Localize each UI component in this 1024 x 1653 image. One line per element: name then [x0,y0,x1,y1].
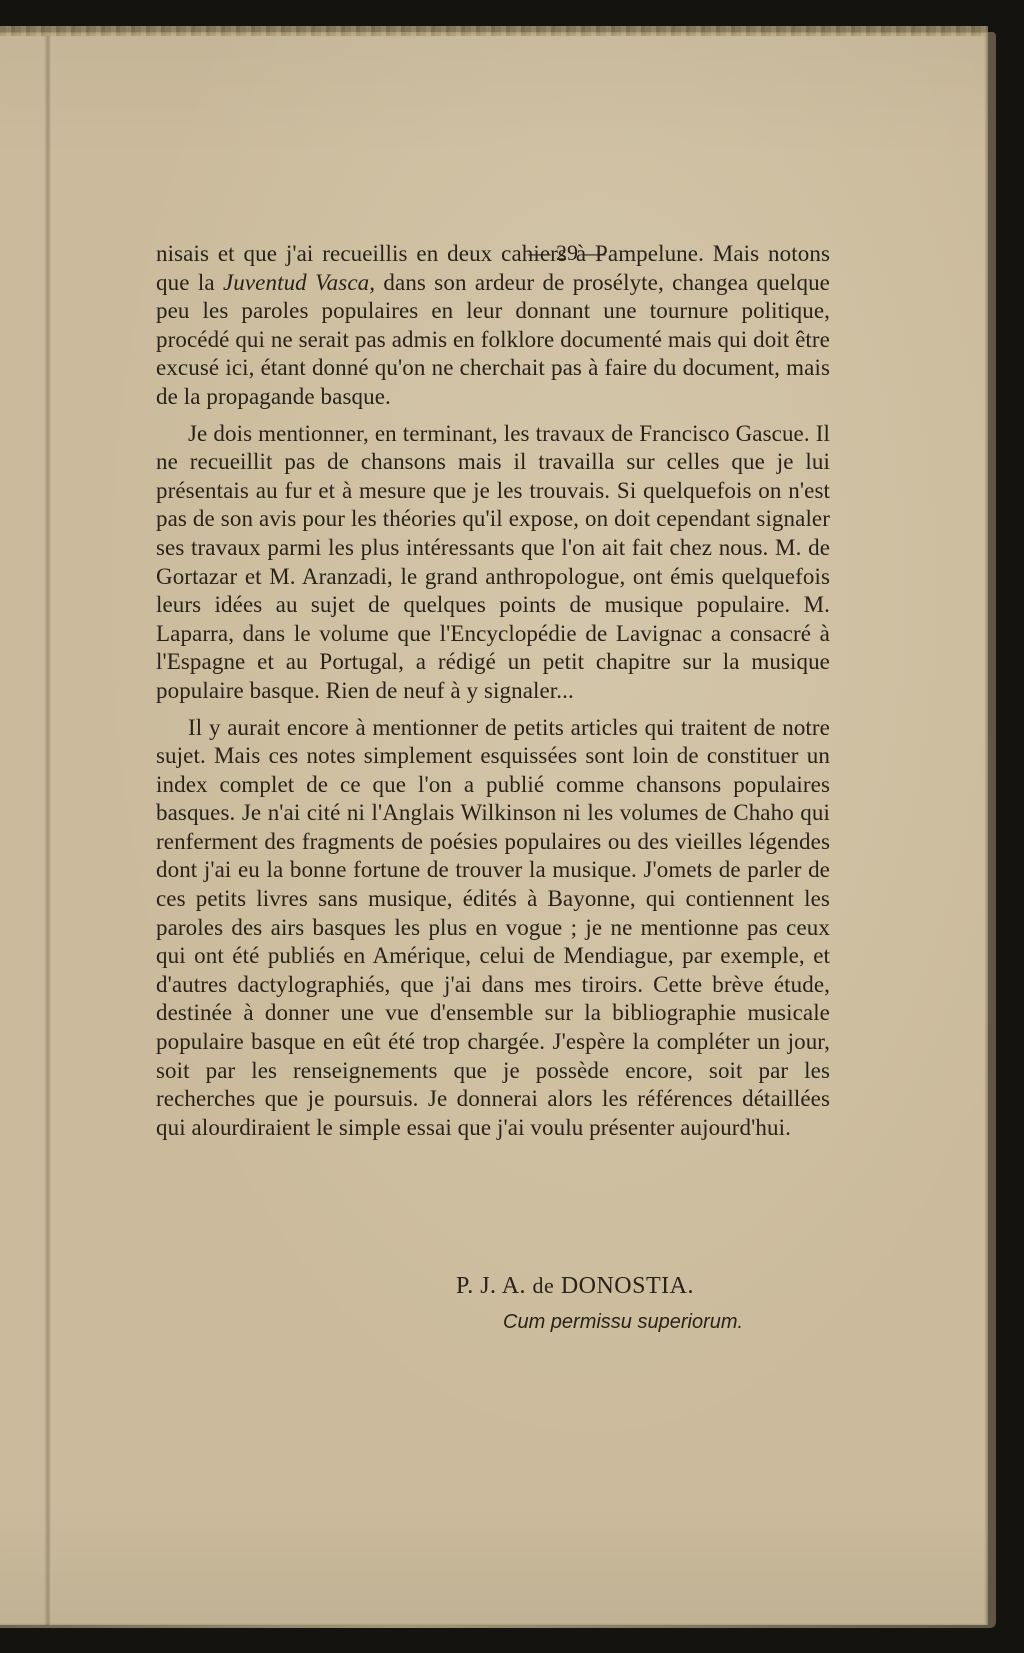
signature-initials: P. J. A. [456,1273,526,1299]
imprimatur-line: Cum permissu superiorum. [503,1311,743,1334]
binding-fold [44,36,52,1626]
deckled-top-edge [0,26,988,36]
scanned-book-page: — 29 — nisais et que j'ai recueillis en … [0,0,1024,1653]
paragraph-1: nisais et que j'ai recueillis en deux ca… [156,240,830,412]
signature-name: DONOSTIA. [561,1273,694,1299]
signature-particle: de [533,1273,555,1298]
author-signature: P. J. A. de DONOSTIA. [456,1273,694,1300]
body-text: nisais et que j'ai recueillis en deux ca… [156,240,830,1142]
italic-title-juventud-vasca: Juventud Vasca, [223,270,375,295]
paragraph-3: Il y aurait encore à mentionner de petit… [156,714,830,1143]
paragraph-2: Je dois mentionner, en terminant, les tr… [156,420,830,706]
